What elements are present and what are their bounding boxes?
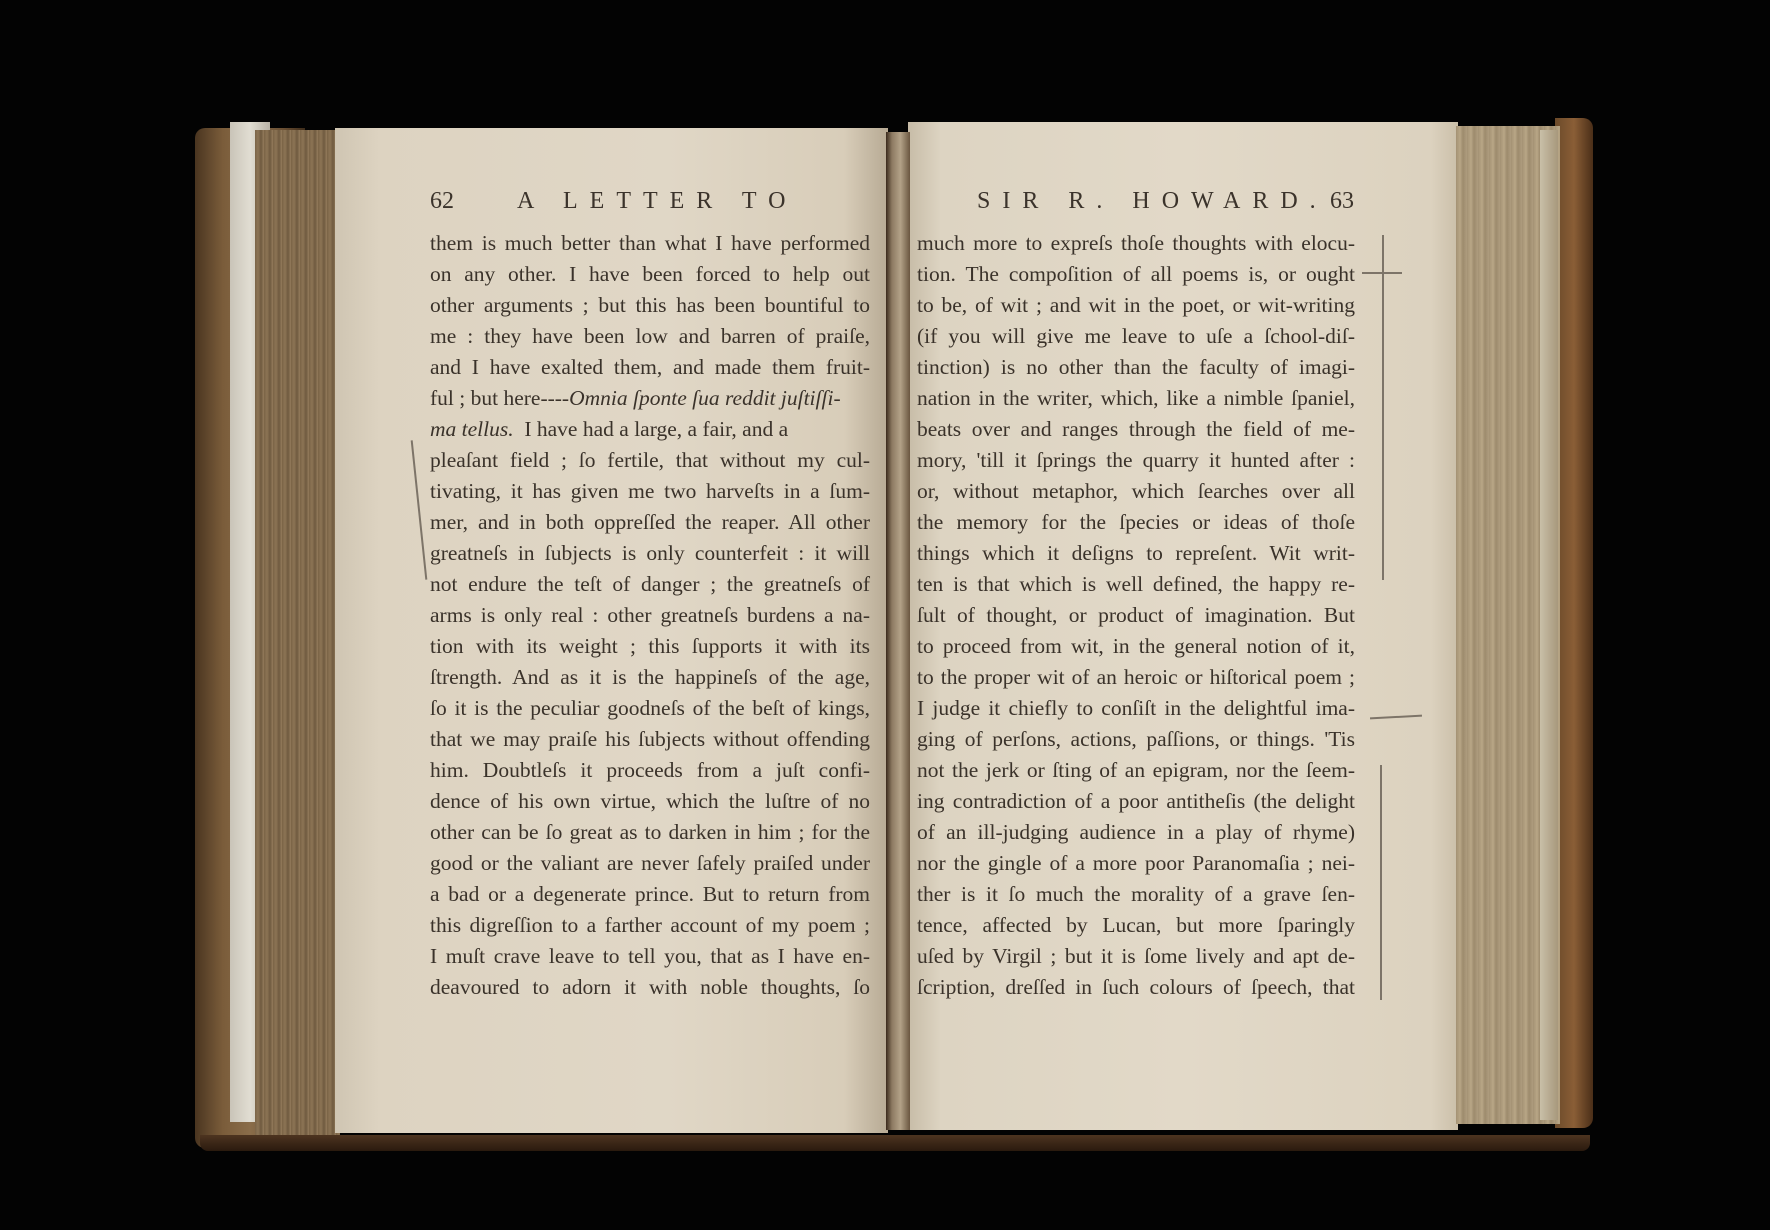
text-line: ſcription, dreſſed in ſuch colours of ſp… — [917, 972, 1355, 1003]
text-line: things which it deſigns to repreſent. Wi… — [917, 538, 1355, 569]
left-page-number: 62 — [430, 188, 454, 215]
text-line: ſo it is the peculiar goodneſs of the be… — [430, 693, 870, 724]
pencil-margin-bracket-bottom — [1380, 765, 1382, 1000]
text-fragment: ful ; but here---- — [430, 386, 569, 410]
text-line: tion. The compoſition of all poems is, o… — [917, 259, 1355, 290]
text-line: uſed by Virgil ; but it is ſome lively a… — [917, 941, 1355, 972]
text-line: arms is only real : other greatneſs burd… — [430, 600, 870, 631]
text-line: tence, affected by Lucan, but more ſpari… — [917, 910, 1355, 941]
text-line: I judge it chiefly to conſiſt in the del… — [917, 693, 1355, 724]
text-line: deavoured to adorn it with noble thought… — [430, 972, 870, 1003]
pencil-cross-mark — [1362, 272, 1402, 274]
text-line: on any other. I have been forced to help… — [430, 259, 870, 290]
text-line: to be, of wit ; and wit in the poet, or … — [917, 290, 1355, 321]
text-line: much more to expreſs thoſe thoughts with… — [917, 228, 1355, 259]
gutter — [886, 132, 910, 1130]
text-line: of an ill-judging audience in a play of … — [917, 817, 1355, 848]
text-line: that we may praiſe his ſubjects without … — [430, 724, 870, 755]
text-line: ſult of thought, or product of imaginati… — [917, 600, 1355, 631]
right-running-head: SIR R. HOWARD. — [977, 188, 1328, 215]
text-line: mory, 'till it ſprings the quarry it hun… — [917, 445, 1355, 476]
text-line: pleaſant field ; ſo fertile, that withou… — [430, 445, 870, 476]
text-line: this digreſſion to a farther account of … — [430, 910, 870, 941]
text-line: nor the gingle of a more poor Paranomaſi… — [917, 848, 1355, 879]
right-page-number: 63 — [1330, 188, 1354, 215]
text-line: tinction) is no other than the faculty o… — [917, 352, 1355, 383]
latin-quote: Omnia ſponte ſua reddit juſtiſſi- — [569, 386, 841, 410]
latin-quote-end: ma tellus. — [430, 417, 514, 441]
text-line: tion with its weight ; this ſupports it … — [430, 631, 870, 662]
text-fragment: I have had a large, a fair, and a — [514, 417, 789, 441]
text-line: me : they have been low and barren of pr… — [430, 321, 870, 352]
text-line: good or the valiant are never ſafely pra… — [430, 848, 870, 879]
text-line: greatneſs in ſubjects is only counterfei… — [430, 538, 870, 569]
text-line: them is much better than what I have per… — [430, 228, 870, 259]
left-running-head: A LETTER TO — [517, 188, 797, 215]
text-line: or, without metaphor, which ſearches ove… — [917, 476, 1355, 507]
book-cover-right — [1555, 118, 1593, 1128]
text-line: (if you will give me leave to uſe a ſcho… — [917, 321, 1355, 352]
text-line: to proceed from wit, in the general noti… — [917, 631, 1355, 662]
text-line: ten is that which is well defined, the h… — [917, 569, 1355, 600]
text-line: nation in the writer, which, like a nimb… — [917, 383, 1355, 414]
text-line: the memory for the ſpecies or ideas of t… — [917, 507, 1355, 538]
text-line: to the proper wit of an heroic or hiſtor… — [917, 662, 1355, 693]
text-line: mer, and in both oppreſſed the reaper. A… — [430, 507, 870, 538]
text-line: tivating, it has given me two harveſts i… — [430, 476, 870, 507]
text-line: beats over and ranges through the field … — [917, 414, 1355, 445]
text-line: other can be ſo great as to darken in hi… — [430, 817, 870, 848]
text-line: not the jerk or ſting of an epigram, nor… — [917, 755, 1355, 786]
pencil-margin-bracket-top — [1382, 235, 1384, 580]
text-line: ging of perſons, actions, paſſions, or t… — [917, 724, 1355, 755]
text-line: ing contradiction of a poor antitheſis (… — [917, 786, 1355, 817]
book-cover-bottom — [200, 1135, 1590, 1151]
left-page-block-edge — [255, 130, 340, 1135]
text-line: other arguments ; but this has been boun… — [430, 290, 870, 321]
text-line: dence of his own virtue, which the luſtr… — [430, 786, 870, 817]
text-line: a bad or a degenerate prince. But to ret… — [430, 879, 870, 910]
text-line: him. Doubtleſs it proceeds from a juſt c… — [430, 755, 870, 786]
text-line: ther is it ſo much the morality of a gra… — [917, 879, 1355, 910]
text-line: not endure the teſt of danger ; the grea… — [430, 569, 870, 600]
text-line: ma tellus. I have had a large, a fair, a… — [430, 414, 870, 445]
right-edge-strip — [1540, 130, 1558, 1120]
text-line: and I have exalted them, and made them f… — [430, 352, 870, 383]
text-line: I muſt crave leave to tell you, that as … — [430, 941, 870, 972]
text-line: ſtrength. And as it is the happineſs of … — [430, 662, 870, 693]
text-line: ful ; but here----Omnia ſponte ſua reddi… — [430, 383, 870, 414]
